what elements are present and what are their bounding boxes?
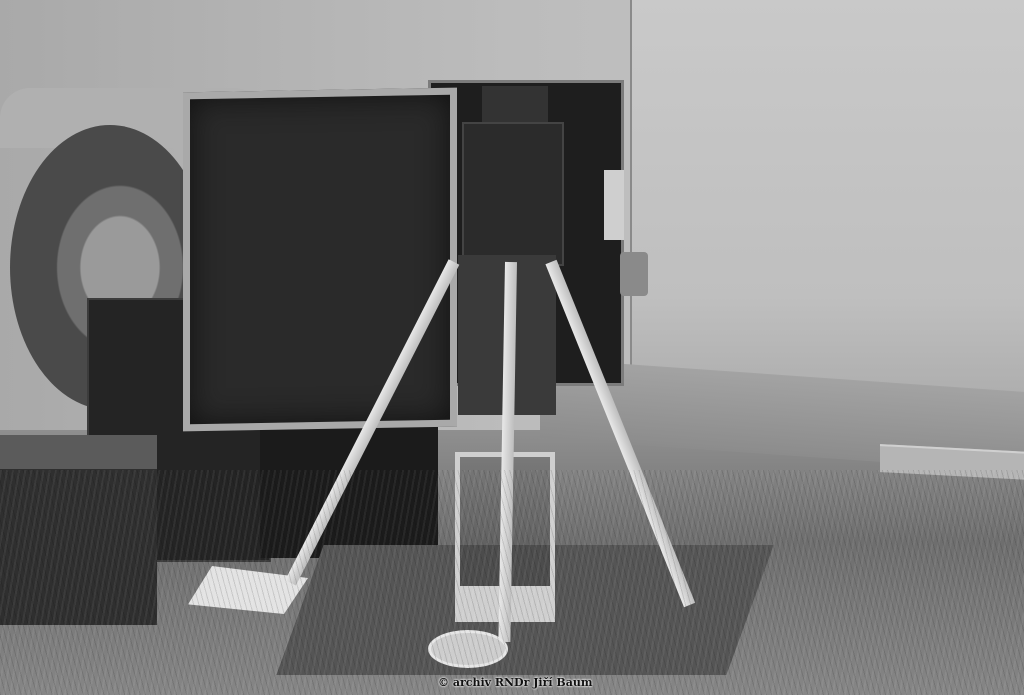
wooden-crate <box>0 435 157 625</box>
foot-disc <box>428 630 508 668</box>
photograph: © archiv RNDr Jiří Baum <box>0 0 1024 695</box>
van-side-panel <box>630 0 1024 425</box>
copyright-caption: © archiv RNDr Jiří Baum <box>438 676 592 689</box>
door-hinge <box>620 252 648 296</box>
camera-body <box>462 122 564 266</box>
stored-box <box>604 170 624 240</box>
camera-top <box>482 86 548 126</box>
compartment-door <box>183 88 457 432</box>
